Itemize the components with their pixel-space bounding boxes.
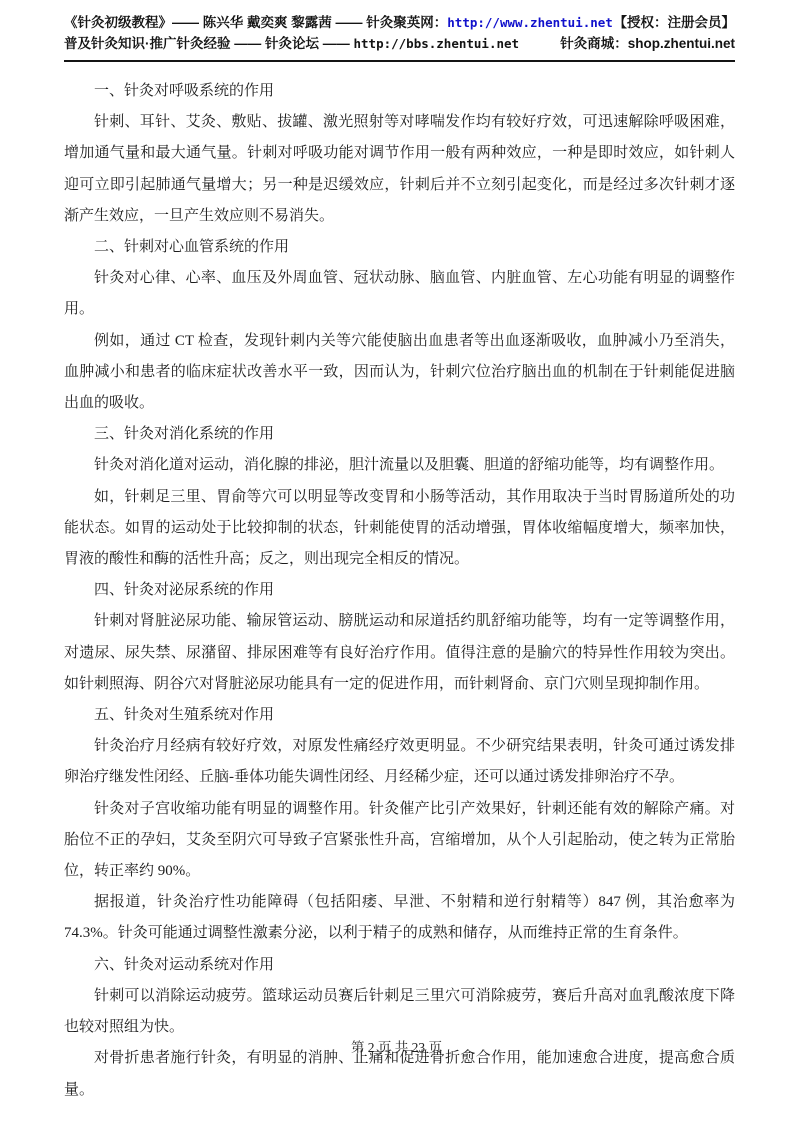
section-heading: 一、针灸对呼吸系统的作用 [64, 76, 735, 107]
document-body: 一、针灸对呼吸系统的作用针刺、耳针、艾灸、敷贴、拔罐、激光照射等对哮喘发作均有较… [64, 76, 735, 1106]
paragraph: 如，针刺足三里、胃俞等穴可以明显等改变胃和小肠等活动，其作用取决于当时胃肠道所处… [64, 482, 735, 576]
course-title-authors: 《针灸初级教程》—— 陈兴华 戴奕爽 黎露茜 —— 针灸聚英网： [64, 15, 447, 30]
section-heading: 四、针灸对泌尿系统的作用 [64, 575, 735, 606]
header-line-2: 普及针灸知识·推广针灸经验 —— 针灸论坛 —— http://bbs.zhen… [64, 33, 735, 54]
zhentui-site-link[interactable]: http://www.zhentui.net [447, 15, 613, 30]
slogan-forum-label: 普及针灸知识·推广针灸经验 —— 针灸论坛 —— [64, 36, 354, 51]
page-footer: 第 2 页 共 23 页 [0, 1036, 793, 1056]
paragraph: 针灸对消化道对运动，消化腺的排泌，胆汁流量以及胆囊、胆道的舒缩功能等，均有调整作… [64, 450, 735, 481]
page-header: 《针灸初级教程》—— 陈兴华 戴奕爽 黎露茜 —— 针灸聚英网：http://w… [64, 12, 735, 62]
paragraph: 针灸治疗月经病有较好疗效，对原发性痛经疗效更明显。不少研究结果表明，针灸可通过诱… [64, 731, 735, 793]
section-heading: 六、针灸对运动系统对作用 [64, 950, 735, 981]
header-line-1: 《针灸初级教程》—— 陈兴华 戴奕爽 黎露茜 —— 针灸聚英网：http://w… [64, 12, 735, 33]
document-page: 《针灸初级教程》—— 陈兴华 戴奕爽 黎露茜 —— 针灸聚英网：http://w… [0, 0, 793, 1122]
section-heading: 五、针灸对生殖系统对作用 [64, 700, 735, 731]
page-number: 第 2 页 共 23 页 [351, 1040, 442, 1055]
slogan-forum-site: 普及针灸知识·推广针灸经验 —— 针灸论坛 —— http://bbs.zhen… [64, 33, 519, 54]
paragraph: 针灸对心律、心率、血压及外周血管、冠状动脉、脑血管、内脏血管、左心功能有明显的调… [64, 263, 735, 325]
header-title-authors-site: 《针灸初级教程》—— 陈兴华 戴奕爽 黎露茜 —— 针灸聚英网：http://w… [64, 12, 613, 33]
paragraph: 针刺、耳针、艾灸、敷贴、拔罐、激光照射等对哮喘发作均有较好疗效，可迅速解除呼吸困… [64, 107, 735, 232]
paragraph: 针刺对肾脏泌尿功能、输尿管运动、膀胱运动和尿道括约肌舒缩功能等，均有一定等调整作… [64, 606, 735, 700]
forum-site-link[interactable]: http://bbs.zhentui.net [354, 36, 520, 51]
shop-label: 针灸商城：shop.zhentui.net [560, 33, 735, 54]
auth-badge: 【授权：注册会员】 [614, 12, 736, 33]
section-heading: 三、针灸对消化系统的作用 [64, 419, 735, 450]
paragraph: 针灸对子宫收缩功能有明显的调整作用。针灸催产比引产效果好，针刺还能有效的解除产痛… [64, 794, 735, 888]
paragraph: 例如，通过 CT 检查，发现针刺内关等穴能使脑出血患者等出血逐渐吸收，血肿减小乃… [64, 326, 735, 420]
section-heading: 二、针刺对心血管系统的作用 [64, 232, 735, 263]
paragraph: 针刺可以消除运动疲劳。篮球运动员赛后针刺足三里穴可消除疲劳，赛后升高对血乳酸浓度… [64, 981, 735, 1043]
paragraph: 据报道，针灸治疗性功能障碍（包括阳痿、早泄、不射精和逆行射精等）847 例，其治… [64, 887, 735, 949]
